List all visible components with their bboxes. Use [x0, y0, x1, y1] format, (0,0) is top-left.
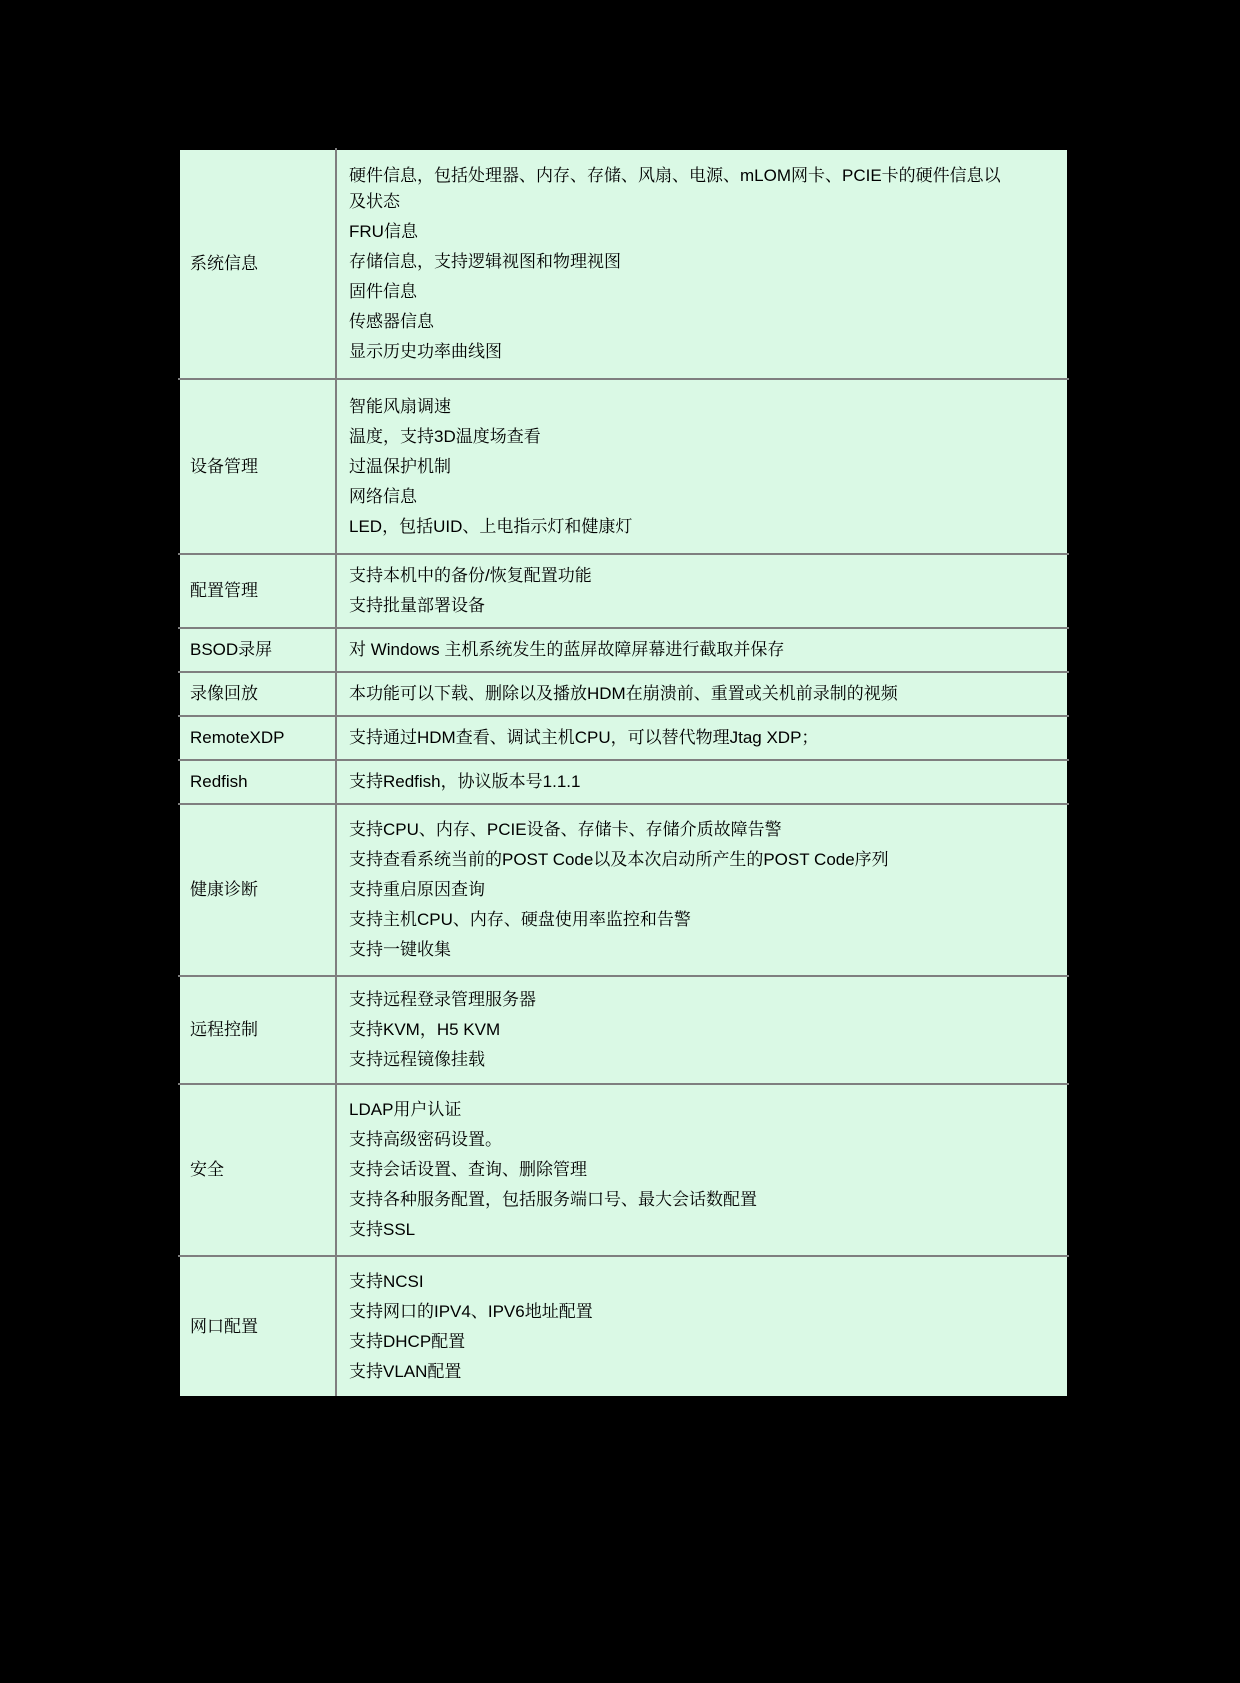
- table-row-redfish: Redfish 支持Redfish，协议版本号1.1.1: [179, 760, 1068, 804]
- feature-category-cell: RemoteXDP: [179, 716, 336, 760]
- table-row-network-port-config: 网口配置 支持NCSI 支持网口的IPV4、IPV6地址配置 支持DHCP配置 …: [179, 1256, 1068, 1397]
- feature-category-cell: 设备管理: [179, 379, 336, 554]
- feature-line: 显示历史功率曲线图: [349, 339, 1001, 365]
- feature-category-label: Redfish: [190, 769, 325, 795]
- table-row-bsod-capture: BSOD录屏 对 Windows 主机系统发生的蓝屏故障屏幕进行截取并保存: [179, 628, 1068, 672]
- feature-description-cell: 支持Redfish，协议版本号1.1.1: [336, 760, 1068, 804]
- table-row-security: 安全 LDAP用户认证 支持高级密码设置。 支持会话设置、查询、删除管理 支持各…: [179, 1084, 1068, 1256]
- feature-category-label: 设备管理: [190, 454, 325, 480]
- feature-category-cell: BSOD录屏: [179, 628, 336, 672]
- feature-line: 支持主机CPU、内存、硬盘使用率监控和告警: [349, 907, 1001, 933]
- feature-line: 支持远程镜像挂载: [349, 1047, 1001, 1073]
- table-row-health-diagnosis: 健康诊断 支持CPU、内存、PCIE设备、存储卡、存储介质故障告警 支持查看系统…: [179, 804, 1068, 976]
- feature-description-cell: 硬件信息，包括处理器、内存、存储、风扇、电源、mLOM网卡、PCIE卡的硬件信息…: [336, 149, 1068, 379]
- feature-description-cell: 支持CPU、内存、PCIE设备、存储卡、存储介质故障告警 支持查看系统当前的PO…: [336, 804, 1068, 976]
- feature-line: 固件信息: [349, 279, 1001, 305]
- feature-description-cell: 对 Windows 主机系统发生的蓝屏故障屏幕进行截取并保存: [336, 628, 1068, 672]
- feature-category-label: 录像回放: [190, 681, 325, 707]
- feature-table-container: 系统信息 硬件信息，包括处理器、内存、存储、风扇、电源、mLOM网卡、PCIE卡…: [178, 148, 1069, 1398]
- feature-category-cell: 录像回放: [179, 672, 336, 716]
- feature-description-cell: 智能风扇调速 温度，支持3D温度场查看 过温保护机制 网络信息 LED，包括UI…: [336, 379, 1068, 554]
- feature-line: FRU信息: [349, 219, 1001, 245]
- feature-category-label: 安全: [190, 1157, 325, 1183]
- feature-line: 支持DHCP配置: [349, 1329, 1001, 1355]
- feature-description-cell: LDAP用户认证 支持高级密码设置。 支持会话设置、查询、删除管理 支持各种服务…: [336, 1084, 1068, 1256]
- feature-category-cell: Redfish: [179, 760, 336, 804]
- table-row-remotexdp: RemoteXDP 支持通过HDM查看、调试主机CPU，可以替代物理Jtag X…: [179, 716, 1068, 760]
- table-row-remote-control: 远程控制 支持远程登录管理服务器 支持KVM，H5 KVM 支持远程镜像挂载: [179, 976, 1068, 1084]
- feature-description-cell: 支持本机中的备份/恢复配置功能 支持批量部署设备: [336, 554, 1068, 628]
- feature-line: 支持网口的IPV4、IPV6地址配置: [349, 1299, 1001, 1325]
- feature-description-cell: 本功能可以下载、删除以及播放HDM在崩溃前、重置或关机前录制的视频: [336, 672, 1068, 716]
- table-row-video-playback: 录像回放 本功能可以下载、删除以及播放HDM在崩溃前、重置或关机前录制的视频: [179, 672, 1068, 716]
- feature-line: 智能风扇调速: [349, 394, 1001, 420]
- feature-category-label: 系统信息: [190, 251, 325, 277]
- feature-line: 支持NCSI: [349, 1269, 1001, 1295]
- feature-line: 网络信息: [349, 484, 1001, 510]
- feature-line: 本功能可以下载、删除以及播放HDM在崩溃前、重置或关机前录制的视频: [349, 681, 1001, 707]
- feature-category-cell: 安全: [179, 1084, 336, 1256]
- feature-category-cell: 配置管理: [179, 554, 336, 628]
- feature-line: LDAP用户认证: [349, 1097, 1001, 1123]
- feature-line: 对 Windows 主机系统发生的蓝屏故障屏幕进行截取并保存: [349, 637, 1001, 663]
- feature-line: 过温保护机制: [349, 454, 1001, 480]
- feature-description-cell: 支持远程登录管理服务器 支持KVM，H5 KVM 支持远程镜像挂载: [336, 976, 1068, 1084]
- feature-description-cell: 支持通过HDM查看、调试主机CPU，可以替代物理Jtag XDP；: [336, 716, 1068, 760]
- feature-line: 支持各种服务配置，包括服务端口号、最大会话数配置: [349, 1187, 1001, 1213]
- feature-line: 支持查看系统当前的POST Code以及本次启动所产生的POST Code序列: [349, 847, 1001, 873]
- feature-line: LED，包括UID、上电指示灯和健康灯: [349, 514, 1001, 540]
- table-row-system-info: 系统信息 硬件信息，包括处理器、内存、存储、风扇、电源、mLOM网卡、PCIE卡…: [179, 149, 1068, 379]
- feature-line: 支持通过HDM查看、调试主机CPU，可以替代物理Jtag XDP；: [349, 725, 1001, 751]
- table-row-config-management: 配置管理 支持本机中的备份/恢复配置功能 支持批量部署设备: [179, 554, 1068, 628]
- document-page: { "page": { "background_color": "#000000…: [0, 0, 1240, 1683]
- feature-category-label: 远程控制: [190, 1017, 325, 1043]
- feature-line: 支持重启原因查询: [349, 877, 1001, 903]
- feature-line: 支持CPU、内存、PCIE设备、存储卡、存储介质故障告警: [349, 817, 1001, 843]
- table-row-device-management: 设备管理 智能风扇调速 温度，支持3D温度场查看 过温保护机制 网络信息 LED…: [179, 379, 1068, 554]
- feature-line: 支持Redfish，协议版本号1.1.1: [349, 769, 1001, 795]
- feature-line: 传感器信息: [349, 309, 1001, 335]
- feature-table: 系统信息 硬件信息，包括处理器、内存、存储、风扇、电源、mLOM网卡、PCIE卡…: [178, 148, 1069, 1398]
- feature-line: 温度，支持3D温度场查看: [349, 424, 1001, 450]
- feature-line: 存储信息，支持逻辑视图和物理视图: [349, 249, 1001, 275]
- feature-category-cell: 健康诊断: [179, 804, 336, 976]
- feature-line: 支持KVM，H5 KVM: [349, 1017, 1001, 1043]
- feature-category-label: RemoteXDP: [190, 725, 325, 751]
- feature-category-label: BSOD录屏: [190, 637, 325, 663]
- feature-line: 支持远程登录管理服务器: [349, 987, 1001, 1013]
- feature-line: 支持会话设置、查询、删除管理: [349, 1157, 1001, 1183]
- feature-line: 支持VLAN配置: [349, 1359, 1001, 1385]
- feature-description-cell: 支持NCSI 支持网口的IPV4、IPV6地址配置 支持DHCP配置 支持VLA…: [336, 1256, 1068, 1397]
- feature-line: 支持SSL: [349, 1217, 1001, 1243]
- feature-line: 支持一键收集: [349, 937, 1001, 963]
- feature-category-cell: 远程控制: [179, 976, 336, 1084]
- feature-category-cell: 系统信息: [179, 149, 336, 379]
- feature-category-label: 健康诊断: [190, 877, 325, 903]
- feature-category-label: 网口配置: [190, 1314, 325, 1340]
- feature-category-cell: 网口配置: [179, 1256, 336, 1397]
- feature-line: 硬件信息，包括处理器、内存、存储、风扇、电源、mLOM网卡、PCIE卡的硬件信息…: [349, 163, 1001, 215]
- feature-line: 支持批量部署设备: [349, 593, 1001, 619]
- feature-category-label: 配置管理: [190, 578, 325, 604]
- feature-line: 支持本机中的备份/恢复配置功能: [349, 563, 1001, 589]
- feature-line: 支持高级密码设置。: [349, 1127, 1001, 1153]
